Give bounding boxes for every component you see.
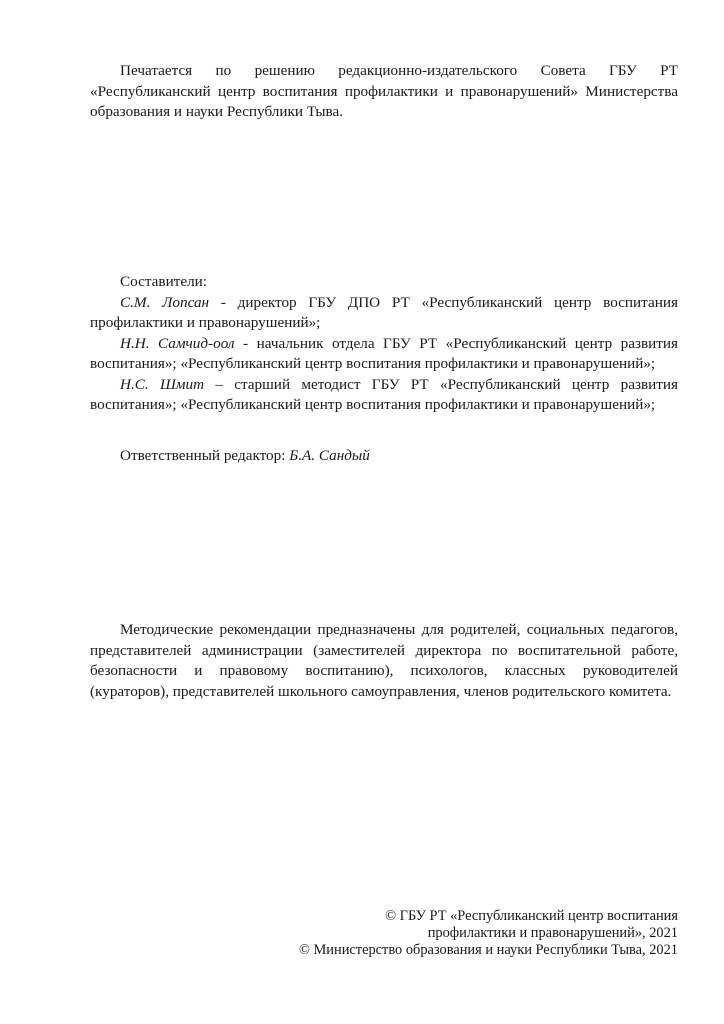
author-separator: - — [235, 335, 257, 352]
author-name: Н.Н. Самчид-оол — [120, 335, 235, 352]
editor-name: Б.А. Сандый — [289, 447, 370, 464]
authors-section: Составители: С.М. Лопсан - директор ГБУ … — [90, 272, 678, 416]
copyright-block: © ГБУ РТ «Республиканский центр воспитан… — [299, 908, 678, 959]
author-separator: – — [204, 376, 234, 393]
copyright-line-1: © ГБУ РТ «Республиканский центр воспитан… — [299, 908, 678, 925]
copyright-line-2: профилактики и правонарушений», 2021 — [299, 925, 678, 942]
editor-label: Ответственный редактор: — [120, 447, 289, 464]
publish-note: Печатается по решению редакционно-издате… — [90, 61, 678, 123]
editor-line: Ответственный редактор: Б.А. Сандый — [90, 446, 678, 467]
author-separator: - — [209, 294, 238, 311]
authors-heading: Составители: — [90, 272, 678, 293]
author-name: С.М. Лопсан — [120, 294, 209, 311]
copyright-line-3: © Министерство образования и науки Респу… — [299, 942, 678, 959]
author-entry: Н.Н. Самчид-оол - начальник отдела ГБУ Р… — [90, 334, 678, 375]
author-name: Н.С. Шмит — [120, 376, 204, 393]
author-entry: С.М. Лопсан - директор ГБУ ДПО РТ «Респу… — [90, 293, 678, 334]
author-entry: Н.С. Шмит – старший методист ГБУ РТ «Рес… — [90, 375, 678, 416]
publish-note-text: Печатается по решению редакционно-издате… — [90, 61, 678, 123]
purpose-note: Методические рекомендации предназначены … — [90, 620, 678, 702]
purpose-note-text: Методические рекомендации предназначены … — [90, 620, 678, 702]
